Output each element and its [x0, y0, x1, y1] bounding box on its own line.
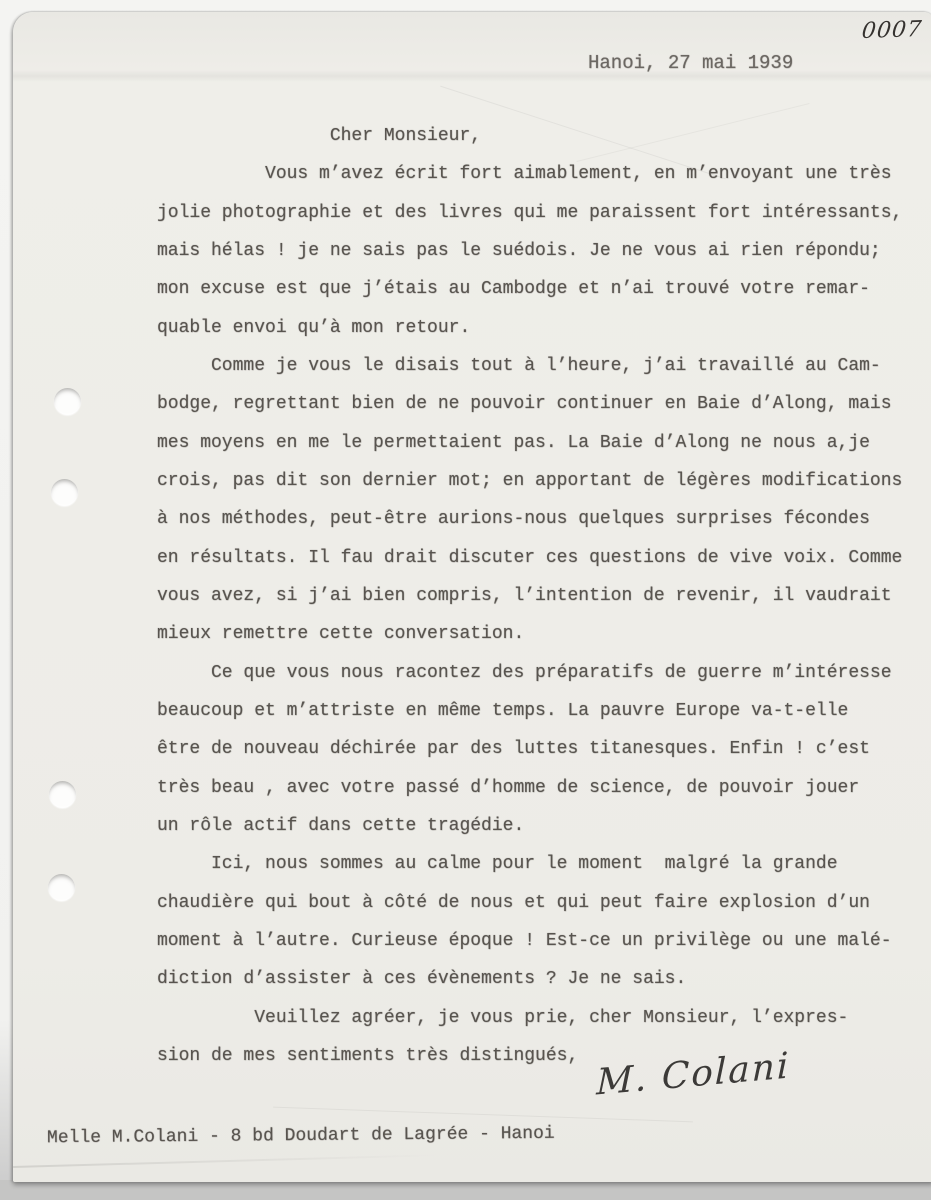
letter-line: mes moyens en me le permettaient pas. La…: [157, 424, 902, 462]
dateline: Hanoi, 27 mai 1939: [588, 52, 793, 74]
letter-line: Ce que vous nous racontez des préparatif…: [157, 654, 902, 692]
scanner-background-band: [0, 1180, 931, 1200]
letter-line: moment à l’autre. Curieuse époque ! Est-…: [157, 922, 902, 960]
letter-line: mais hélas ! je ne sais pas le suédois. …: [157, 232, 902, 270]
letter-line: à nos méthodes, peut-être aurions-nous q…: [157, 500, 902, 538]
letter-line: être de nouveau déchirée par des luttes …: [157, 730, 902, 768]
letter-line: mieux remettre cette conversation.: [157, 615, 902, 653]
letter-line: diction d’assister à ces évènements ? Je…: [157, 960, 902, 998]
punch-hole: [51, 479, 78, 506]
letter-line: très beau , avec votre passé d’homme de …: [157, 769, 902, 807]
letter-line: Vous m’avez écrit fort aimablement, en m…: [157, 155, 902, 193]
letter-line: beaucoup et m’attriste en même temps. La…: [157, 692, 902, 730]
letter-line: chaudière qui bout à côté de nous et qui…: [157, 884, 902, 922]
letter-line: un rôle actif dans cette tragédie.: [157, 807, 902, 845]
letter-line: bodge, regrettant bien de ne pouvoir con…: [157, 385, 902, 423]
letter-line: crois, pas dit son dernier mot; en appor…: [157, 462, 902, 500]
letter-line: Veuillez agréer, je vous prie, cher Mons…: [157, 999, 902, 1037]
letter-line: Cher Monsieur,: [157, 117, 902, 155]
fold-crease: [13, 70, 931, 82]
letter-line: mon excuse est que j’étais au Cambodge e…: [157, 270, 902, 308]
crease-line: [13, 1154, 443, 1168]
letter-line: Comme je vous le disais tout à l’heure, …: [157, 347, 902, 385]
letter-line: vous avez, si j’ai bien compris, l’inten…: [157, 577, 902, 615]
punch-hole: [49, 781, 76, 808]
letter-line: quable envoi qu’à mon retour.: [157, 309, 902, 347]
punch-hole: [54, 388, 81, 415]
handwritten-page-number: 0007: [861, 17, 924, 44]
letter-line: jolie photographie et des livres qui me …: [157, 194, 902, 232]
crease-line: [273, 1107, 693, 1123]
punch-hole: [48, 874, 75, 901]
letter-line: en résultats. Il fau drait discuter ces …: [157, 539, 902, 577]
letter-line: Ici, nous sommes au calme pour le moment…: [157, 845, 902, 883]
letter-body: Cher Monsieur, Vous m’avez écrit fort ai…: [157, 117, 902, 1075]
scanned-letter: 0007 Hanoi, 27 mai 1939 Cher Monsieur, V…: [0, 0, 931, 1200]
